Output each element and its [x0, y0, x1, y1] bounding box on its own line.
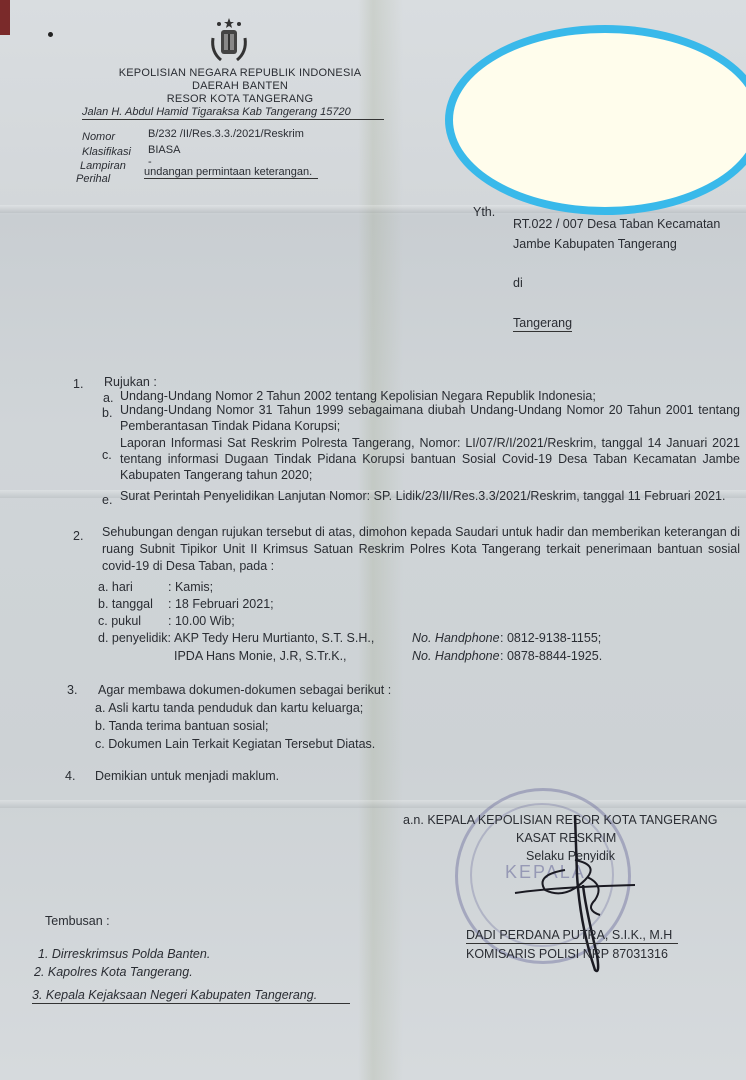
letterhead-line-1: KEPOLISIAN NEGARA REPUBLIK INDONESIA [110, 67, 370, 79]
ref-a-letter: a. [103, 390, 113, 406]
recipient-line-1: RT.022 / 007 Desa Taban Kecamatan [513, 216, 720, 232]
signatory-name: DADI PERDANA PUTRA, S.I.K., M.H [466, 927, 678, 944]
section-4-number: 4. [65, 768, 75, 784]
recipient-line-2: Jambe Kabupaten Tangerang [513, 236, 677, 252]
background-edge [0, 0, 10, 35]
ref-b-letter: b. [102, 405, 112, 421]
letterhead-address: Jalan H. Abdul Hamid Tigaraksa Kab Tange… [82, 106, 384, 120]
investigator-2-phone: : 0878-8844-1925. [500, 648, 602, 664]
cc-item-2: 2. Kapolres Kota Tangerang. [34, 964, 193, 980]
section-2-number: 2. [73, 528, 83, 544]
investigator-2-phone-label: No. Handphone [412, 648, 500, 664]
investigator-1-name: AKP Tedy Heru Murtianto, S.T. S.H., [174, 630, 374, 646]
pukul-value: : 10.00 Wib; [168, 613, 235, 629]
section-4-text: Demikian untuk menjadi maklum. [95, 768, 279, 784]
nomor-label: Nomor [82, 131, 115, 143]
section-3-number: 3. [67, 682, 77, 698]
redaction-bubble [445, 25, 746, 215]
recipient-di: di [513, 275, 523, 291]
hari-value: : Kamis; [168, 579, 213, 595]
ref-c-letter: c. [102, 447, 112, 463]
tanggal-label: b. tanggal [98, 596, 153, 612]
pukul-label: c. pukul [98, 613, 141, 629]
letterhead-line-3: RESOR KOTA TANGERANG [110, 93, 370, 105]
cc-item-3: 3. Kepala Kejaksaan Negeri Kabupaten Tan… [32, 987, 350, 1004]
doc-item-a: a. Asli kartu tanda penduduk dan kartu k… [95, 700, 363, 716]
lampiran-label: Lampiran [80, 160, 126, 172]
investigator-1-phone-label: No. Handphone [412, 630, 500, 646]
klasifikasi-value: BIASA [148, 144, 180, 156]
letterhead-line-2: DAERAH BANTEN [110, 80, 370, 92]
section-2-text: Sehubungan dengan rujukan tersebut di at… [102, 524, 740, 575]
perihal-value: undangan permintaan keterangan. [144, 166, 318, 179]
ref-b-text: Undang-Undang Nomor 31 Tahun 1999 sebaga… [120, 402, 740, 434]
recipient-yth: Yth. [473, 204, 495, 220]
recipient-city: Tangerang [513, 315, 572, 332]
punch-hole [48, 32, 53, 37]
tanggal-value: : 18 Februari 2021; [168, 596, 274, 612]
doc-item-c: c. Dokumen Lain Terkait Kegiatan Tersebu… [95, 736, 375, 752]
perihal-label: Perihal [76, 173, 110, 185]
ref-c-text: Laporan Informasi Sat Reskrim Polresta T… [120, 435, 740, 483]
ref-e-letter: e. [102, 492, 112, 508]
signatory-rank: KOMISARIS POLISI NRP 87031316 [466, 946, 668, 962]
section-3-title: Agar membawa dokumen-dokumen sebagai ber… [98, 682, 391, 698]
cc-title: Tembusan : [45, 913, 110, 929]
police-emblem-icon [205, 16, 253, 64]
section-1-number: 1. [73, 376, 83, 392]
penyelidik-label: d. penyelidik: [98, 630, 171, 646]
ref-e-text: Surat Perintah Penyelidikan Lanjutan Nom… [120, 488, 725, 504]
doc-item-b: b. Tanda terima bantuan sosial; [95, 718, 269, 734]
investigator-1-phone: : 0812-9138-1155; [500, 630, 601, 646]
nomor-value: B/232 /II/Res.3.3./2021/Reskrim [148, 128, 304, 140]
paper-fold [0, 800, 746, 808]
cc-item-1: 1. Dirreskrimsus Polda Banten. [38, 946, 210, 962]
hari-label: a. hari [98, 579, 133, 595]
klasifikasi-label: Klasifikasi [82, 146, 131, 158]
investigator-2-name: IPDA Hans Monie, J.R, S.Tr.K., [174, 648, 347, 664]
